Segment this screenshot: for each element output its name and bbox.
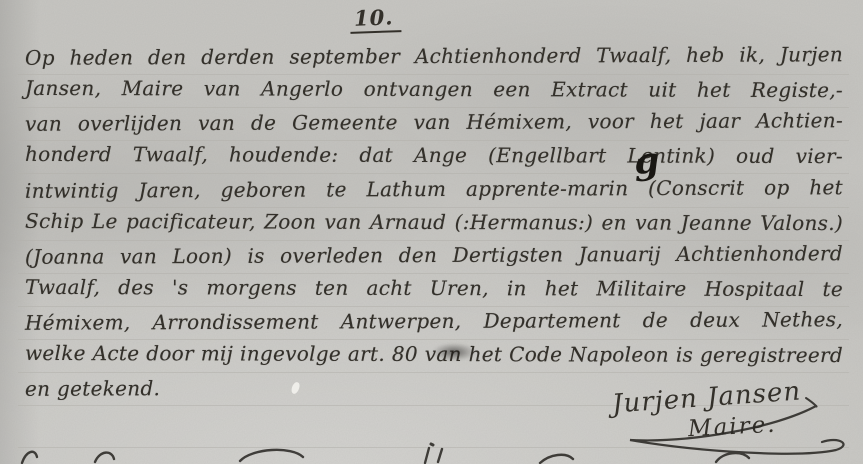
rule-line	[18, 339, 849, 340]
rule-line	[18, 207, 849, 208]
manuscript-line: Twaalf, des 's morgens ten acht Uren, in…	[25, 275, 843, 301]
rule-line	[18, 74, 849, 75]
scanned-document-page: 10. Op heden den derden september Achtie…	[0, 0, 863, 464]
manuscript-line: Jansen, Maire van Angerlo ontvangen een …	[25, 76, 843, 102]
signature-title: Maire.	[687, 412, 777, 443]
manuscript-line: Hémixem, Arrondissement Antwerpen, Depar…	[25, 307, 843, 335]
ink-correction-g: g	[633, 139, 661, 183]
manuscript-line: intwintig Jaren, geboren te Lathum appre…	[25, 175, 843, 203]
ink-smudge	[432, 343, 476, 361]
manuscript-line: Op heden den derden september Achtienhon…	[25, 42, 843, 70]
rule-line	[18, 273, 849, 274]
manuscript-line: Schip Le pacificateur, Zoon van Arnaud (…	[25, 209, 843, 235]
rule-line	[18, 447, 849, 448]
manuscript-line: honderd Twaalf, houdende: dat Ange (Enge…	[25, 142, 843, 168]
manuscript-line: van overlijden van de Gemeente van Hémix…	[25, 108, 843, 136]
rule-line	[18, 140, 849, 141]
page-number: 10.	[350, 4, 401, 34]
manuscript-line: (Joanna van Loon) is overleden den Derti…	[25, 241, 843, 269]
rule-line	[18, 173, 849, 174]
